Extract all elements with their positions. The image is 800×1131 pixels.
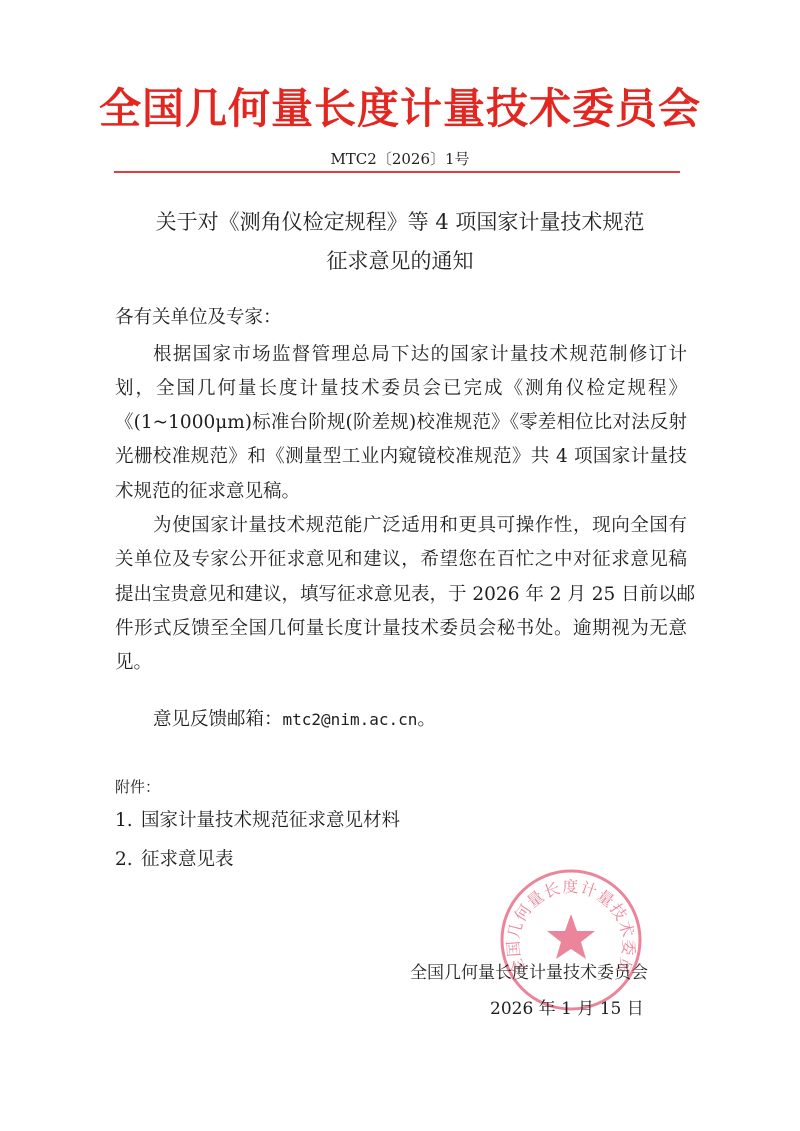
signature-org: 全国几何量长度计量技术委员会 (410, 958, 648, 983)
document-page: 全国几何量长度计量技术委员会 MTC2〔2026〕1号 关于对《测角仪检定规程》… (0, 0, 800, 1131)
paragraph1-line: 根据国家市场监督管理总局下达的国家计量技术规范制修订计 (115, 342, 687, 368)
paragraph2-line: 为使国家计量技术规范能广泛适用和更具可操作性，现向全国有 (115, 513, 687, 539)
paragraph1-line: 划，全国几何量长度计量技术委员会已完成《测角仪检定规程》 (115, 376, 687, 402)
email-label: 意见反馈邮箱： (153, 709, 283, 730)
attachment-number: 1. (115, 810, 141, 831)
paragraph2-line: 见。 (115, 650, 687, 676)
paragraph2-line: 关单位及专家公开征求意见和建议，希望您在百忙之中对征求意见稿 (115, 547, 687, 573)
header-divider (114, 171, 680, 173)
paragraph1-line: 术规范的征求意见稿。 (115, 479, 687, 505)
doc-number: MTC2〔2026〕1号 (0, 150, 800, 168)
email-link[interactable]: mtc2@nim.ac.cn (283, 710, 418, 729)
attachment-item[interactable]: 1.国家计量技术规范征求意见材料 (115, 806, 400, 832)
attachment-item[interactable]: 2.征求意见表 (115, 845, 234, 871)
attachments-label: 附件： (115, 776, 160, 797)
attachment-number: 2. (115, 849, 141, 870)
email-suffix: 。 (417, 709, 436, 730)
official-seal-icon: 全国几何量长度计量技术委员会 (499, 868, 643, 1012)
attachment-text: 征求意见表 (141, 849, 234, 870)
paragraph2-line: 件形式反馈至全国几何量长度计量技术委员会秘书处。逾期视为无意 (115, 616, 687, 642)
paragraph1-line: 光栅校准规范》和《测量型工业内窥镜校准规范》共 4 项国家计量技 (115, 444, 687, 470)
notice-title-line1: 关于对《测角仪检定规程》等 4 项国家计量技术规范 (0, 208, 800, 236)
notice-title-line2: 征求意见的通知 (0, 247, 800, 275)
org-title: 全国几何量长度计量技术委员会 (0, 84, 800, 134)
salutation: 各有关单位及专家： (115, 305, 687, 331)
email-line: 意见反馈邮箱：mtc2@nim.ac.cn。 (115, 707, 725, 733)
signature-date: 2026 年 1 月 15 日 (490, 994, 644, 1019)
paragraph1-line: 《(1~1000μm)标准台阶规(阶差规)校准规范》《零差相位比对法反射 (115, 410, 687, 436)
paragraph2-line: 提出宝贵意见和建议，填写征求意见表，于 2026 年 2 月 25 日前以邮 (115, 582, 687, 608)
attachment-text: 国家计量技术规范征求意见材料 (141, 810, 400, 831)
